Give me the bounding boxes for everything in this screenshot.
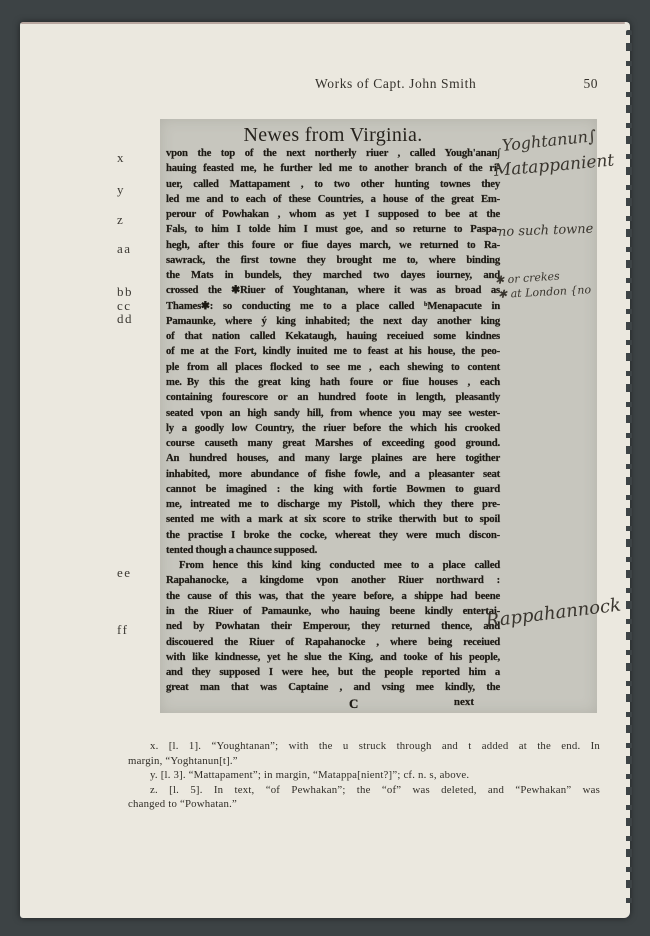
page-number: 50 — [584, 76, 599, 92]
facsimile-line: discouered the Riuer of Rapahanocke , wh… — [166, 635, 500, 650]
facsimile-line: cannot be imagined : the king with forti… — [166, 482, 500, 497]
handwritten-annotation: ✱ at London {no — [498, 283, 592, 301]
facsimile-line: Fals, to him I tolde him I must goe, and… — [166, 222, 500, 237]
handwritten-annotation: Yoghtanun∫ — [501, 126, 597, 155]
facsimile-line: ly a goodly low Country, the riuer befor… — [166, 421, 500, 436]
facsimile-line: great man that was Captaine , and vsing … — [166, 680, 500, 695]
facsimile-line: of me at the Fort, kindly inuited me to … — [166, 344, 500, 359]
facsimile-line: me. By this the great king hath foure or… — [166, 375, 500, 390]
facsimile-line: the cause of this was, that the yeare be… — [166, 589, 500, 604]
facsimile-line: of that nation called Kekataugh, hauing … — [166, 329, 500, 344]
footnote-line: margin, “Yoghtanun[t].” — [128, 754, 600, 769]
margin-letter: cc — [117, 298, 132, 314]
facsimile-line: crossed the ✱Riuer of Youghtanan, where … — [166, 283, 500, 298]
facsimile-line: vpon the top of the next northerly riuer… — [166, 146, 500, 161]
signature-mark: C — [349, 696, 358, 712]
page-deckle-edge — [626, 30, 632, 908]
facsimile-line: containing fourescore or an hundred foot… — [166, 390, 500, 405]
facsimile-line: course causeth many great Marshes of exc… — [166, 436, 500, 451]
margin-letter: aa — [117, 241, 132, 257]
handwritten-annotation: Matappanient — [493, 151, 615, 181]
facsimile-line: sawrack, the first towne they brought me… — [166, 253, 500, 268]
margin-letter: dd — [117, 311, 133, 327]
facsimile-title: Newes from Virginia. — [166, 124, 500, 147]
facsimile-line: led me and to each of these Countries, a… — [166, 192, 500, 207]
facsimile-line: ple from all places flocked to see me , … — [166, 360, 500, 375]
footnote-line: z. [l. 5]. In text, “of Pewhakan”; the “… — [128, 783, 600, 798]
book-page: Works of Capt. John Smith 50 xyzaabbccdd… — [20, 22, 630, 918]
margin-letter: y — [117, 182, 125, 198]
handwritten-annotation: ✱ or crekes — [495, 269, 561, 286]
footnote-line: x. [l. 1]. “Youghtanan”; with the u stru… — [128, 739, 600, 754]
signature-row: C next — [166, 696, 500, 712]
facsimile-line: seated vpon an high sandy hill, from whe… — [166, 406, 500, 421]
handwritten-annotation: Rappahannock — [485, 595, 622, 632]
handwritten-annotation: no such towne — [498, 222, 594, 240]
facsimile-line: hegh, after this foure or fiue dayes mar… — [166, 238, 500, 253]
footnotes-block: x. [l. 1]. “Youghtanan”; with the u stru… — [128, 739, 600, 812]
facsimile-line: inhabited, more abundance of fishe fowle… — [166, 467, 500, 482]
facsimile-line: and they supposed I were hee, but the pe… — [166, 665, 500, 680]
margin-letter: ee — [117, 565, 132, 581]
facsimile-line: uer, called Mattapament , to two other h… — [166, 177, 500, 192]
facsimile-line: Rapahanocke, a kingdome vpon another Riu… — [166, 573, 500, 588]
facsimile-line: the practise I broke the cocke, whereat … — [166, 528, 500, 543]
catchword: next — [454, 696, 474, 708]
facsimile-line: Pamaunke, where ý king inhabited; the ne… — [166, 314, 500, 329]
margin-letter: x — [117, 150, 125, 166]
facsimile-panel: Newes from Virginia. vpon the top of the… — [160, 119, 597, 713]
facsimile-line: From hence this kind king conducted mee … — [166, 558, 500, 573]
facsimile-line: An hundred houses, and many large plaine… — [166, 451, 500, 466]
facsimile-line: hauing feasted me, he further led me to … — [166, 161, 500, 176]
facsimile-line: tented though a chaunce supposed. — [166, 543, 500, 558]
margin-letter: z — [117, 212, 124, 228]
running-head: Works of Capt. John Smith 50 — [20, 76, 630, 96]
facsimile-line: perour of Powhakan , whom as yet I suppo… — [166, 207, 500, 222]
facsimile-line: me, intreated me to discharge my Pistoll… — [166, 497, 500, 512]
facsimile-line: sented me with a mark at six score to st… — [166, 512, 500, 527]
facsimile-line: ned by Powhatan their Emperour, they ret… — [166, 619, 500, 634]
footnote-line: y. [l. 3]. “Mattapament”; in margin, “Ma… — [128, 768, 600, 783]
margin-letter: ff — [117, 622, 128, 638]
facsimile-text-block: vpon the top of the next northerly riuer… — [166, 146, 500, 696]
running-title: Works of Capt. John Smith — [315, 76, 476, 92]
facsimile-line: the Mats in bundels, they marched two da… — [166, 268, 500, 283]
facsimile-line: Thames✱: so conducting me to a place cal… — [166, 299, 500, 314]
facsimile-line: with like kindnesse, yet he slue the Kin… — [166, 650, 500, 665]
margin-letter: bb — [117, 284, 133, 300]
facsimile-line: in the Riuer of Pamaunke, who hauing bee… — [166, 604, 500, 619]
footnote-line: changed to “Powhatan.” — [128, 797, 600, 812]
